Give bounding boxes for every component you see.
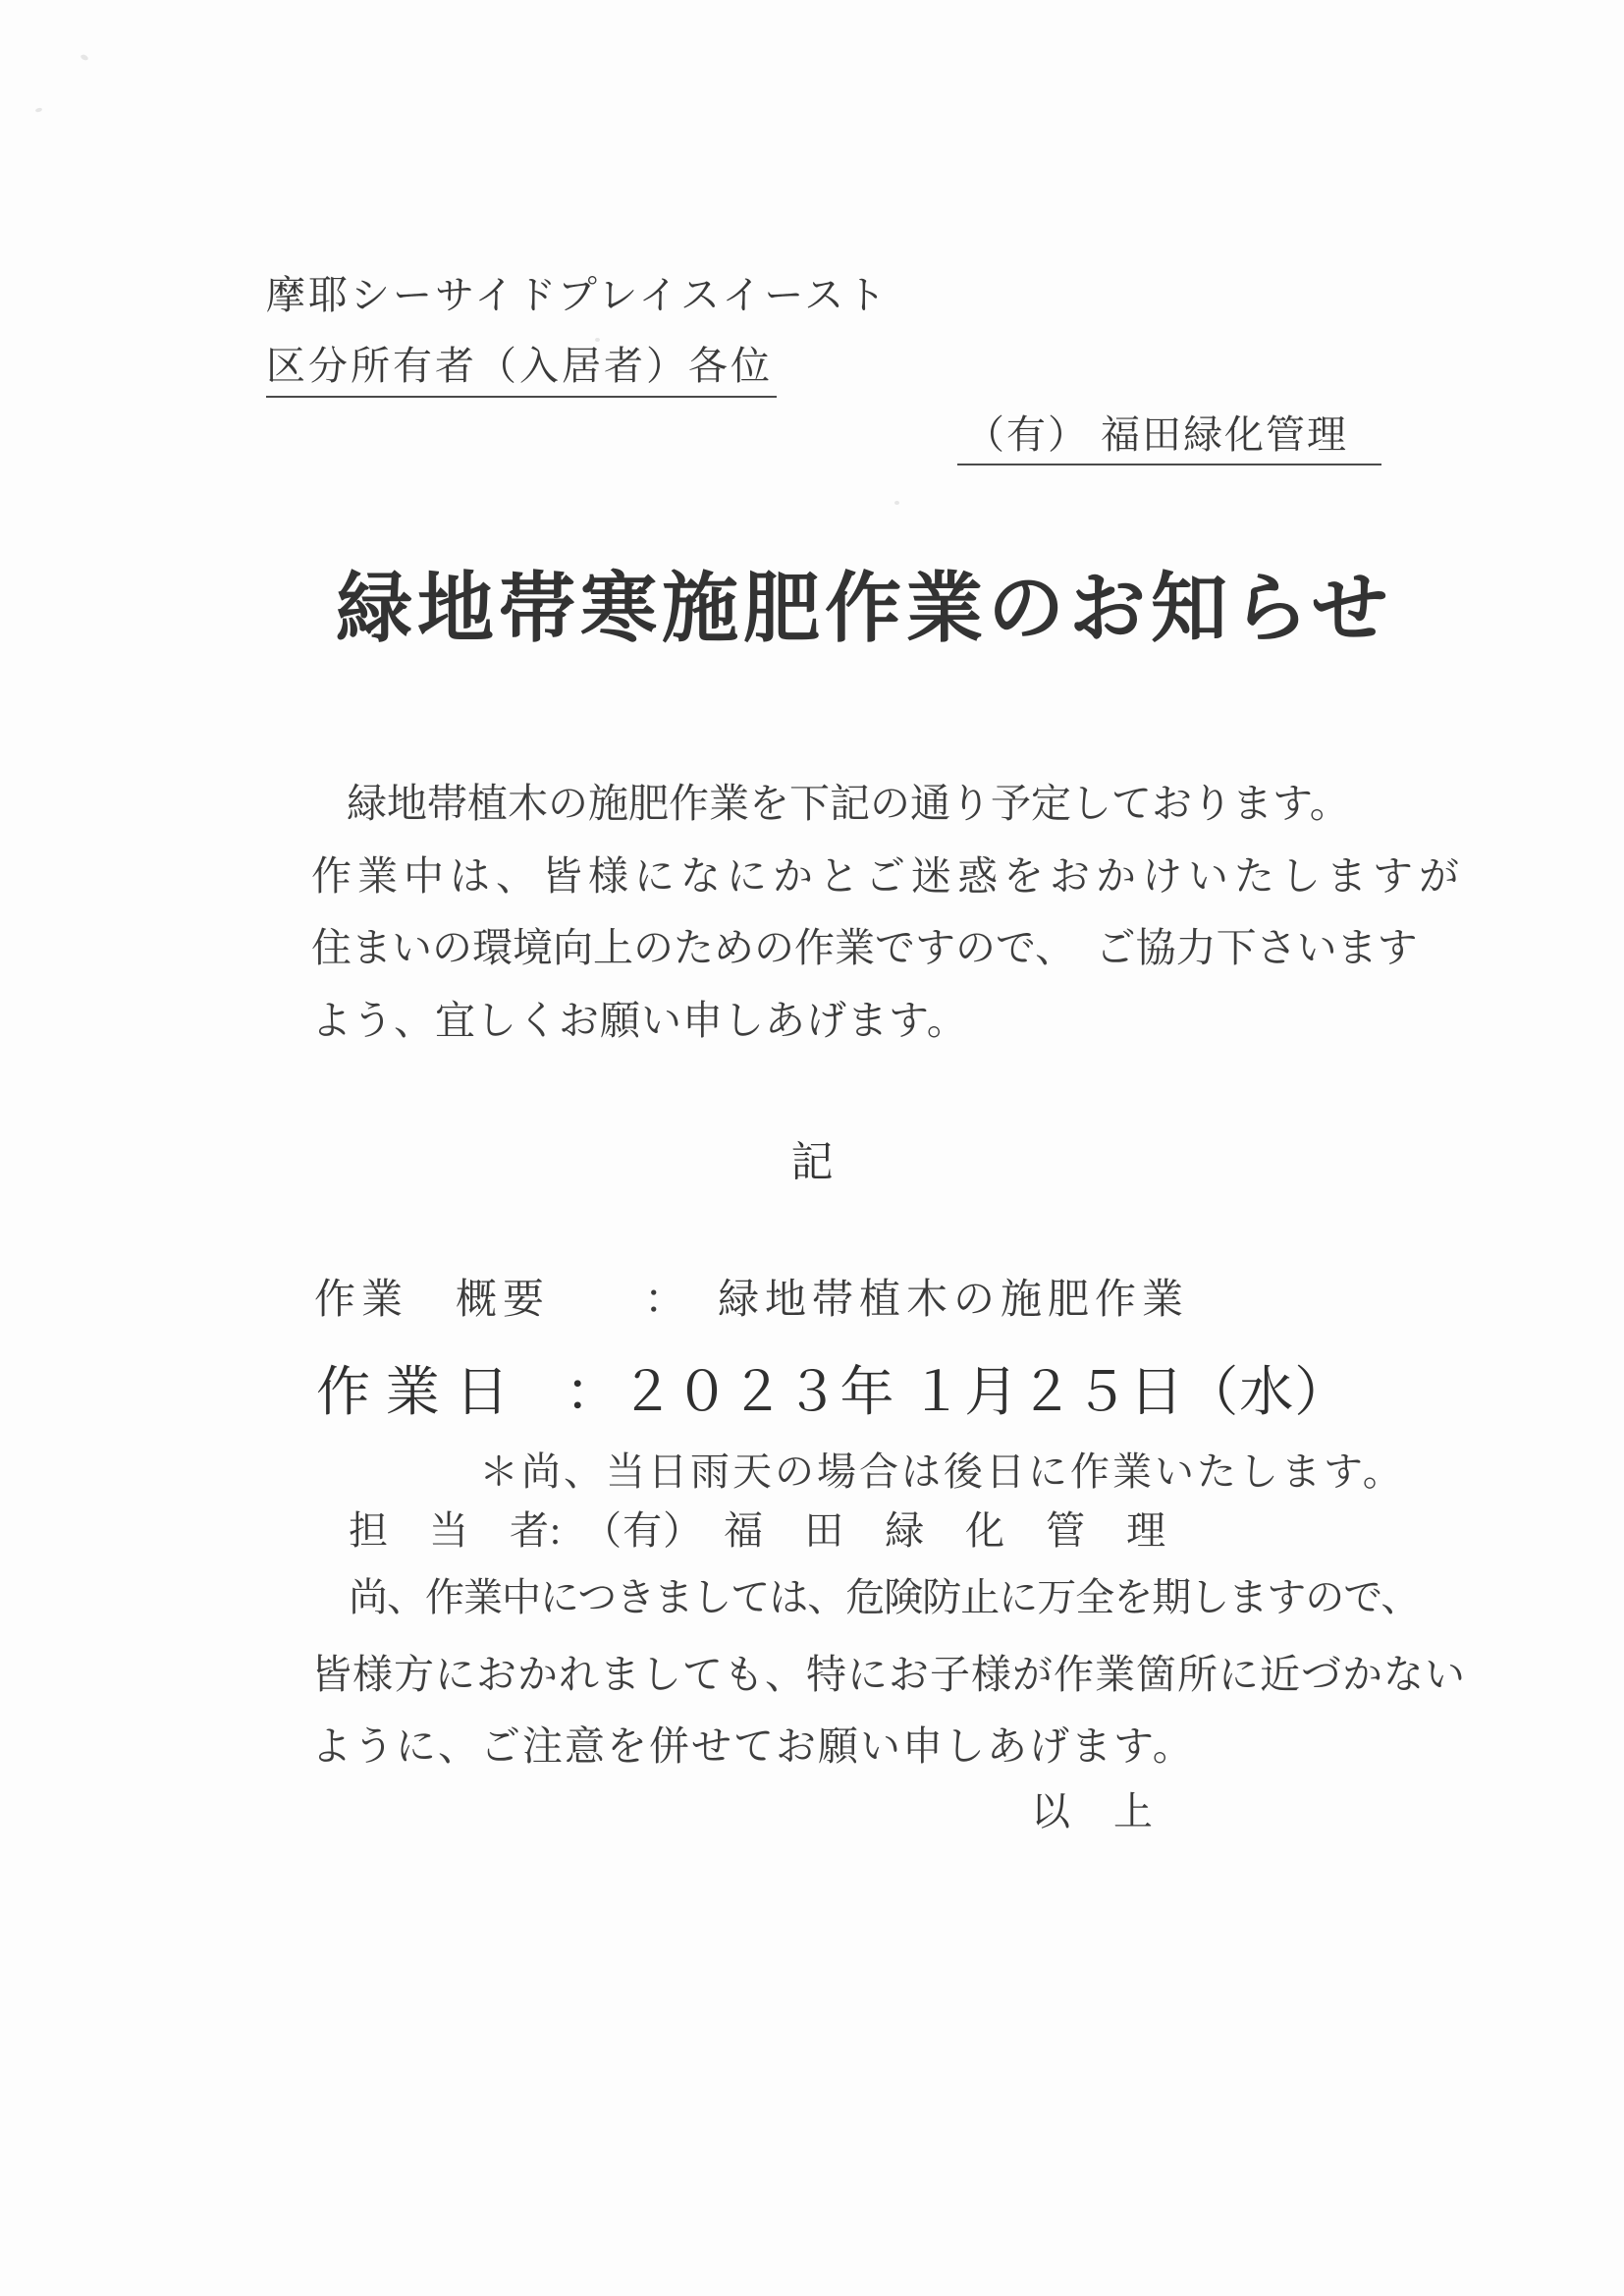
body-paragraph-line-1: 緑地帯植木の施肥作業を下記の通り予定しております。 [347,781,1350,827]
sender-company-name: （有） 福田緑化管理 [957,412,1381,465]
body-paragraph-line-3: 住まいの環境向上のための作業ですので、 ご協力下さいます [311,925,1418,971]
notice-details-marker: 記 [0,1139,1624,1187]
recipient-building-name: 摩耶シーサイドプレイスイースト [266,273,889,318]
rain-postponement-note: ＊尚、当日雨天の場合は後日に作業いたします。 [479,1449,1405,1495]
body-paragraph-line-4: よう、宜しくお願い申しあげます。 [311,998,968,1044]
caution-line-3: ように、ご注意を併せてお願い申しあげます。 [311,1723,1195,1770]
work-summary-line: 作業 概要 ： 緑地帯植木の施肥作業 [314,1277,1189,1324]
scan-artifact [35,107,43,113]
scan-artifact [80,54,88,62]
notice-title: 緑地帯寒施肥作業のお知らせ [336,565,1393,653]
caution-line-2: 皆様方におかれましても、特にお子様が作業箇所に近づかない [311,1652,1466,1698]
work-date-line: 作 業 日 ：２０２３年 １月２５日（水） [316,1361,1349,1423]
recipient-addressees: 区分所有者（入居者）各位 [266,344,777,398]
body-paragraph-line-2: 作業中は、皆様になにかとご迷惑をおかけいたしますが [311,853,1465,900]
scan-artifact [894,501,899,505]
scan-artifact [595,338,600,342]
closing-ijou: 以 上 [1031,1789,1155,1834]
staff-in-charge-line: 担 当 者: （有） 福 田 緑 化 管 理 [349,1508,1166,1554]
document-page: 摩耶シーサイドプレイスイースト 区分所有者（入居者）各位 （有） 福田緑化管理 … [0,0,1624,2296]
caution-line-1: 尚、作業中につきましては、危険防止に万全を期しますので、 [349,1575,1419,1620]
